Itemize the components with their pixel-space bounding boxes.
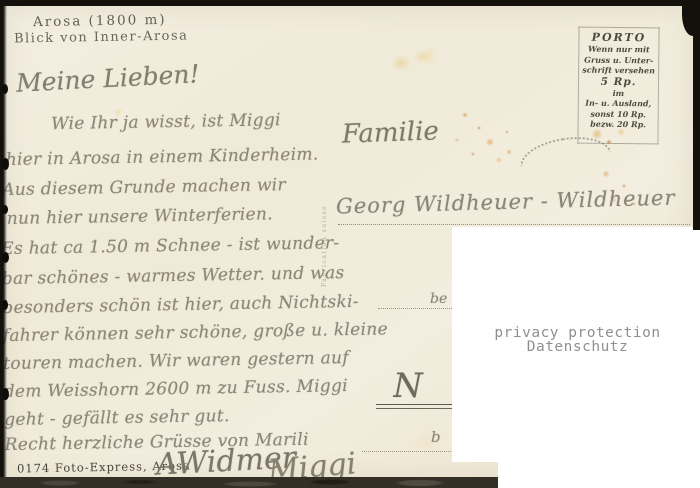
scan-edge-blob	[2, 252, 9, 263]
porto-line: bezw. 20 Rp.	[579, 119, 658, 130]
address-dotted-line	[378, 308, 452, 309]
privacy-watermark-line2: Datenschutz	[455, 340, 700, 354]
postcard-subtitle: Blick von Inner-Arosa	[14, 28, 189, 46]
address-familie: Familie	[342, 116, 440, 149]
message-line: Es hat ca 1.50 m Schnee - ist wunder-	[1, 233, 340, 259]
message-line: geht - gefällt es sehr gut.	[4, 406, 230, 430]
address-rule-line	[376, 404, 453, 409]
porto-title: PORTO	[579, 31, 658, 45]
message-line: besonders schön ist hier, auch Nichtski-	[2, 292, 359, 318]
porto-line: im	[579, 87, 658, 98]
address-fragment: N	[393, 366, 453, 406]
scan-edge-corner	[682, 0, 700, 36]
scan-edge-blob	[2, 388, 9, 400]
privacy-overlay-box	[452, 227, 700, 488]
scan-edge-bottom	[0, 477, 498, 488]
message-line: bar schönes - warmes Wetter. und was	[2, 263, 345, 289]
postcard-scan: Arosa (1800 m) Blick von Inner-Arosa Fab…	[0, 0, 700, 488]
scan-edge-blob	[2, 84, 8, 94]
privacy-watermark-line1: privacy protection	[455, 326, 700, 340]
message-block: Wie Ihr ja wisst, ist Miggi hier in Aros…	[0, 105, 357, 471]
porto-rate: 5 Rp.	[579, 75, 658, 88]
postcard-title: Arosa (1800 m)	[33, 12, 167, 30]
address-fragment: be	[430, 291, 454, 307]
porto-line: In- u. Ausland,	[579, 98, 658, 109]
porto-rate-box: PORTO Wenn nur mit Gruss u. Unter- schri…	[577, 27, 659, 145]
scan-edge-blob	[2, 205, 8, 214]
porto-line: sonst 10 Rp.	[579, 108, 658, 119]
scan-edge-blob	[2, 300, 8, 310]
message-line: dem Weisshorn 2600 m zu Fuss. Miggi	[4, 376, 349, 402]
porto-line: Wenn nur mit	[579, 44, 658, 55]
message-line: Aus diesem Grunde machen wir	[2, 175, 286, 200]
scan-edge-top	[0, 0, 700, 6]
scan-edge-left	[0, 0, 8, 488]
message-line: hier in Arosa in einem Kinderheim.	[6, 145, 319, 170]
address-fragment: b	[431, 428, 451, 446]
message-line: nun hier unsere Winterferien.	[7, 204, 273, 229]
address-dotted-line	[338, 224, 690, 225]
porto-line: Gruss u. Unter-	[579, 54, 658, 65]
address-dotted-line	[362, 451, 451, 452]
message-line: Wie Ihr ja wisst, ist Miggi	[51, 110, 281, 134]
message-line: touren machen. Wir waren gestern auf	[3, 348, 349, 374]
message-line: fahrer können sehr schöne, große u. klei…	[3, 319, 388, 346]
scan-edge-blob	[2, 158, 9, 170]
porto-line: schrift versehen	[579, 65, 658, 76]
privacy-watermark: privacy protection Datenschutz	[455, 326, 700, 354]
